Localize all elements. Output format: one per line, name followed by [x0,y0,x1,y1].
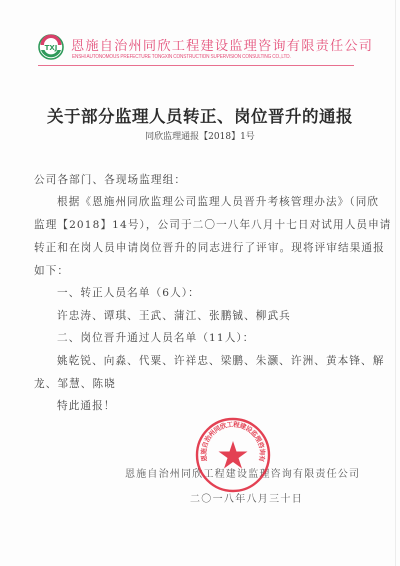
section1-names: 许忠涛、谭琪、王武、蒲江、张鹏铖、柳武兵 [57,311,393,322]
paragraph-line-3: 转正和在岗人员申请岗位晋升的同志进行了评审。现将评审结果通报 [34,243,370,254]
letterhead: TXJ 恩施自治州同欣工程建设监理咨询有限责任公司 ENSHI AUTONOMO… [38,32,356,68]
company-logo-icon: TXJ [38,34,64,60]
svg-text:TXJ: TXJ [45,44,58,52]
document-title: 关于部分监理人员转正、岗位晋升的通报 [0,103,400,127]
salutation: 公司各部门、各现场监理组： [34,175,370,186]
company-name-en: ENSHI AUTONOMOUS PREFECTURE TONGXIN CONS… [72,54,291,60]
document-number: 同欣监理通报【2018】1号 [0,129,400,142]
company-name-cn: 恩施自治州同欣工程建设监理咨询有限责任公司 [71,35,373,54]
paragraph-line-1: 根据《恩施州同欣监理公司监理人员晋升考核管理办法》（同欣 [57,197,393,208]
closing-text: 特此通报！ [57,401,393,412]
official-seal-icon: 恩施自治州同欣工程建设监理咨询有限责任公司 [195,417,271,493]
section2-names-line-2: 龙、邹慧、陈晓 [34,379,370,390]
paragraph-line-4: 如下： [34,266,370,277]
section1-heading: 一、转正人员名单（6人）： [57,288,393,299]
section2-names-line-1: 姚乾锐、向淼、代粟、许祥忠、梁鹏、朱灏、许洲、黄本锋、解 [57,356,393,367]
paragraph-line-2: 监理【2018】14号），公司于二〇一八年八月十七日对试用人员申请 [34,220,370,231]
section2-heading: 二、岗位晋升通过人员名单（11人）： [57,333,393,344]
letterhead-divider [38,65,354,66]
document-page: TXJ 恩施自治州同欣工程建设监理咨询有限责任公司 ENSHI AUTONOMO… [0,0,400,566]
page-edge [395,0,396,566]
